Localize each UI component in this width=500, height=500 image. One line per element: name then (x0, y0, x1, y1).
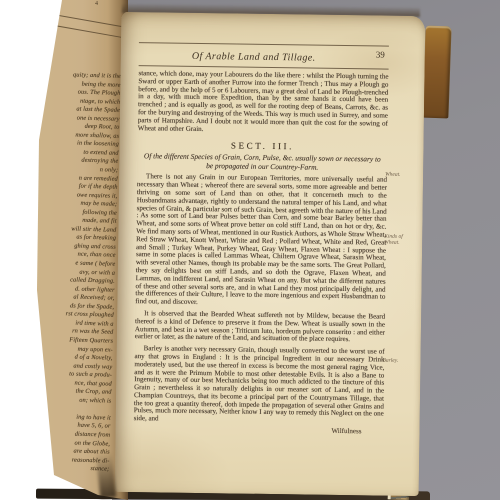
section-heading: SECT. III. (137, 140, 387, 153)
running-title: Of Arable Land and Tillage. (192, 51, 316, 64)
facing-page-number-fragment: 4 (95, 1, 98, 7)
running-header: Of Arable Land and Tillage. 39 (139, 45, 389, 66)
paragraph: Barley is another very necessary Grain, … (134, 345, 385, 426)
section-subtitle: Of the different Species of Grain, Corn,… (143, 153, 381, 173)
margin-note: Wheat. (385, 172, 417, 178)
book-photo: 4 quity; and it is the being the more ou… (0, 0, 500, 500)
facing-page-header-rule (31, 10, 122, 27)
page-text-block: Of Arable Land and Tillage. 39 stance, w… (116, 12, 426, 436)
paragraph: There is not any Grain in our European T… (135, 174, 387, 310)
page-number: 39 (376, 49, 385, 59)
facing-page-sliver: 4 quity; and it is the being the more ou… (28, 0, 128, 500)
facing-page-text-fragments: quity; and it is the being the more ous.… (16, 70, 128, 474)
book-cover-edge (422, 26, 451, 119)
paragraph: stance, which done, may your Labourers d… (138, 70, 389, 136)
book-page: Of Arable Land and Tillage. 39 stance, w… (115, 12, 426, 496)
paragraph: It is observed that the Bearded Wheat su… (135, 310, 385, 345)
margin-note: Barley. (382, 358, 414, 364)
margin-note: Kinds of Wheat. (384, 234, 416, 246)
